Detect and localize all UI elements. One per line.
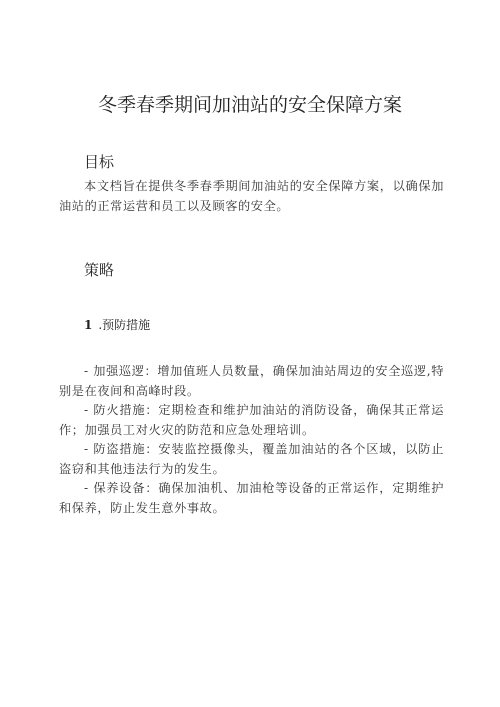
document-page: 冬季春季期间加油站的安全保障方案 目标 本文档旨在提供冬季春季期间加油站的安全保… [0,0,500,707]
subsection-title: .预防措施 [98,318,150,332]
list-item-equipment-maintenance: - 保养设备：确保加油机、加油枪等设备的正常运作，定期维护和保养，防止发生意外事… [59,479,444,518]
subsection-number: 1 [84,318,92,332]
list-item-theft-prevention: - 防盗措施：安装监控摄像头，覆盖加油站的各个区域，以防止盗窃和其他违法行为的发… [59,440,444,479]
section-heading-goal: 目标 [84,151,114,172]
goal-paragraph: 本文档旨在提供冬季春季期间加油站的安全保障方案，以确保加油站的正常运营和员工以及… [59,177,444,216]
section-heading-strategy: 策略 [84,259,114,280]
subsection-heading-prevention: 1.预防措施 [84,316,150,333]
list-item-patrol: - 加强巡逻：增加值班人员数量，确保加油站周边的安全巡逻,特别是在夜间和高峰时段… [59,362,444,401]
document-title: 冬季春季期间加油站的安全保障方案 [0,90,500,117]
list-item-fire-prevention: - 防火措施：定期检查和维护加油站的消防设备，确保其正常运作；加强员工对火灾的防… [59,401,444,440]
